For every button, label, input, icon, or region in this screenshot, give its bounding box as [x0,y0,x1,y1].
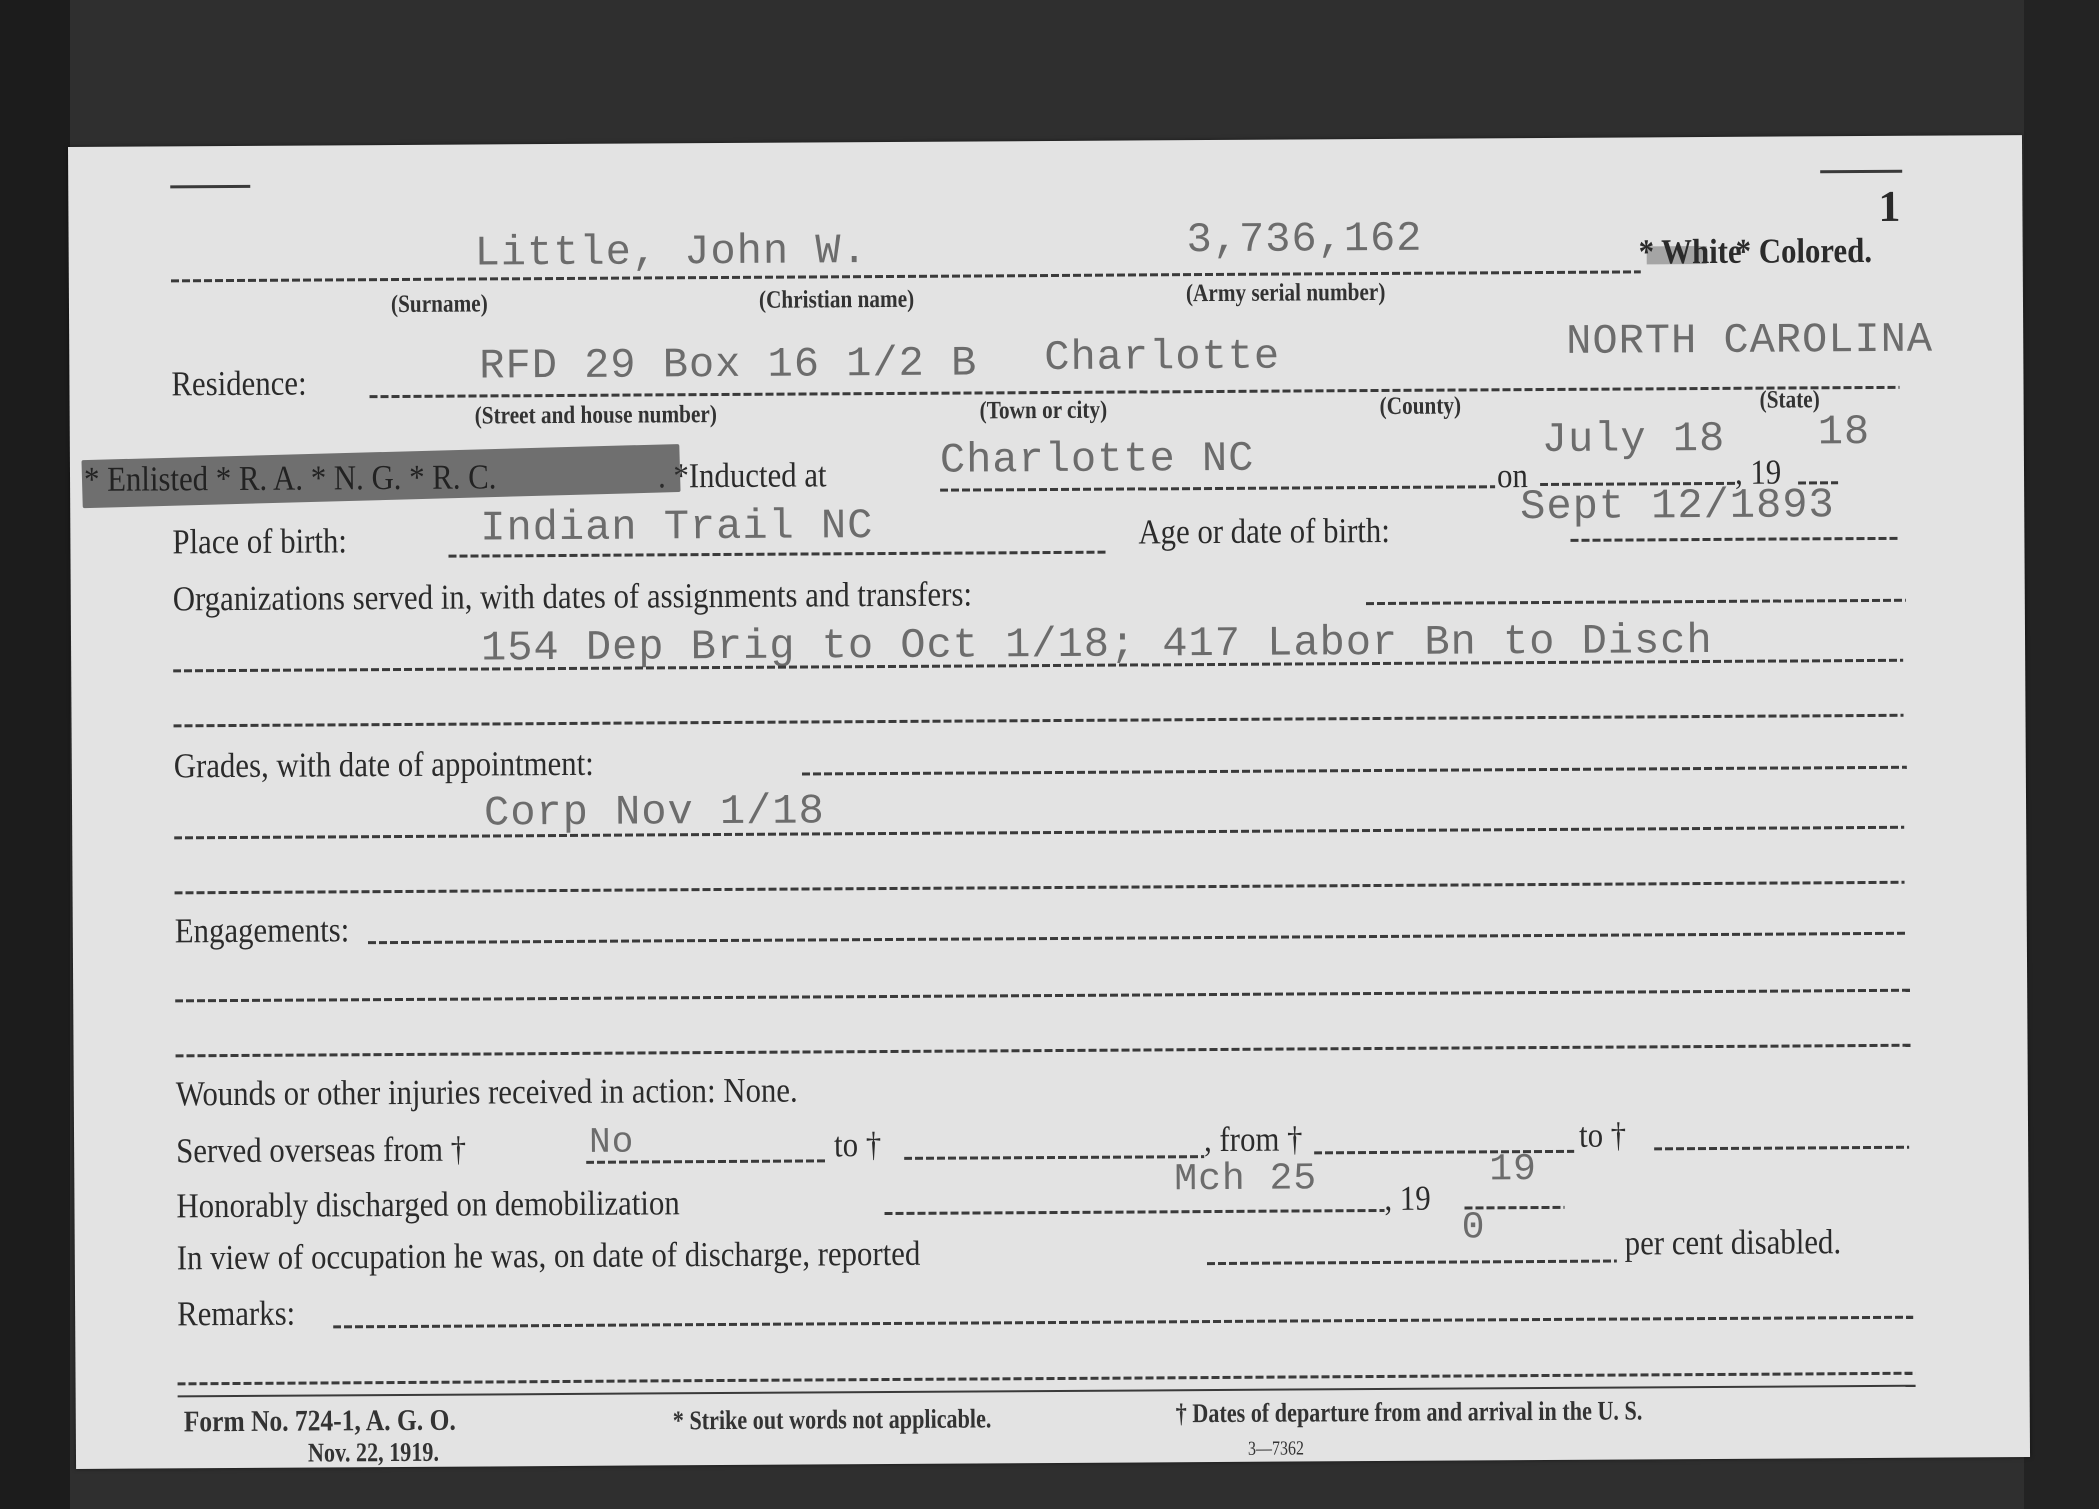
race-colored-option: * Colored. [1736,231,1873,272]
residence-label: Residence: [171,364,306,405]
typed-town: Charlotte [1044,333,1280,382]
typed-grades: Corp Nov 1/18 [484,787,825,837]
service-record-card: 1 Little, John W. 3,736,162 * White * Co… [68,135,2030,1469]
per-cent-disabled-label: per cent disabled. [1625,1222,1842,1263]
footer-rule [178,1385,1916,1398]
state-caption: (State) [1759,386,1819,414]
dagger-note: † Dates of departure from and arrival in… [1176,1395,1643,1429]
race-white-option: * White [1639,232,1742,273]
print-code: 3—7362 [1248,1437,1304,1460]
form-number: Form No. 724-1, A. G. O. [184,1404,456,1440]
scan-border-right [2024,0,2099,1509]
overseas-from-line [586,1159,826,1163]
engagements-line-2 [175,989,1910,1003]
date-of-birth-label: Age or date of birth: [1138,511,1390,553]
serial-caption: (Army serial number) [1186,279,1386,308]
name-line [171,270,1641,282]
grades-line-2 [174,826,1904,840]
typed-discharge-year: 19 [1489,1148,1537,1191]
place-of-birth-label: Place of birth: [172,521,347,562]
typed-disability-percent: 0 [1461,1206,1485,1249]
remarks-line-2 [178,1372,1916,1386]
organizations-line-1 [1366,599,1906,605]
typed-discharge-date: Mch 25 [1174,1157,1317,1201]
typed-induction-date: July 18 [1542,415,1726,464]
form-date: Nov. 22, 1919. [308,1437,439,1469]
inducted-at-label: . *Inducted at [658,455,827,496]
overseas-from2-label: , from † [1204,1119,1303,1160]
typed-overseas-from: No [589,1122,634,1163]
street-caption: (Street and house number) [475,401,717,430]
typed-induction-year: 18 [1818,408,1871,456]
town-caption: (Town or city) [980,397,1108,426]
wounds-label: Wounds or other injuries received in act… [176,1071,798,1115]
strike-out-note: * Strike out words not applicable. [673,1403,992,1436]
remarks-line-1 [333,1316,1913,1329]
enlistment-options: * Enlisted * R. A. * N. G. * R. C. [84,457,497,500]
christian-name-caption: (Christian name) [759,286,914,315]
discharge-label: Honorably discharged on demobilization [176,1183,679,1226]
typed-induction-place: Charlotte NC [940,435,1255,485]
surname-caption: (Surname) [391,290,488,319]
typed-state: NORTH CAROLINA [1566,316,1933,366]
typed-street: RFD 29 Box 16 1/2 B [479,339,977,390]
county-caption: (County) [1380,392,1462,420]
overseas-to-label: to † [834,1125,881,1165]
disability-line [1207,1260,1617,1266]
typed-name: Little, John W. [475,227,868,277]
induction-place-line [940,485,1495,491]
overseas-to-line [904,1155,1204,1160]
discharge-year-prefix: , 19 [1384,1179,1430,1219]
organizations-line-3 [174,714,1904,728]
top-left-mark [170,185,250,188]
remarks-label: Remarks: [177,1294,295,1335]
grades-label: Grades, with date of appointment: [174,744,594,787]
engagements-line-1 [368,932,1908,944]
grades-line-3 [175,881,1905,895]
scan-border-left [0,0,70,1509]
discharge-date-line [885,1209,1385,1215]
top-right-mark [1820,170,1902,174]
organizations-label: Organizations served in, with dates of a… [173,574,972,619]
grades-line-1 [802,766,1907,776]
served-overseas-label: Served overseas from † [176,1130,466,1172]
engagements-label: Engagements: [175,910,350,951]
typed-serial: 3,736,162 [1186,215,1422,264]
overseas-to2-line [1654,1146,1909,1151]
typed-birth-place: Indian Trail NC [480,502,873,552]
typed-birth-date: Sept 12/1893 [1520,481,1835,531]
disability-label: In view of occupation he was, on date of… [177,1234,921,1279]
card-number: 1 [1878,181,1900,232]
engagements-line-3 [176,1044,1911,1058]
overseas-to2-label: to † [1579,1116,1626,1156]
birth-date-line [1570,537,1900,542]
